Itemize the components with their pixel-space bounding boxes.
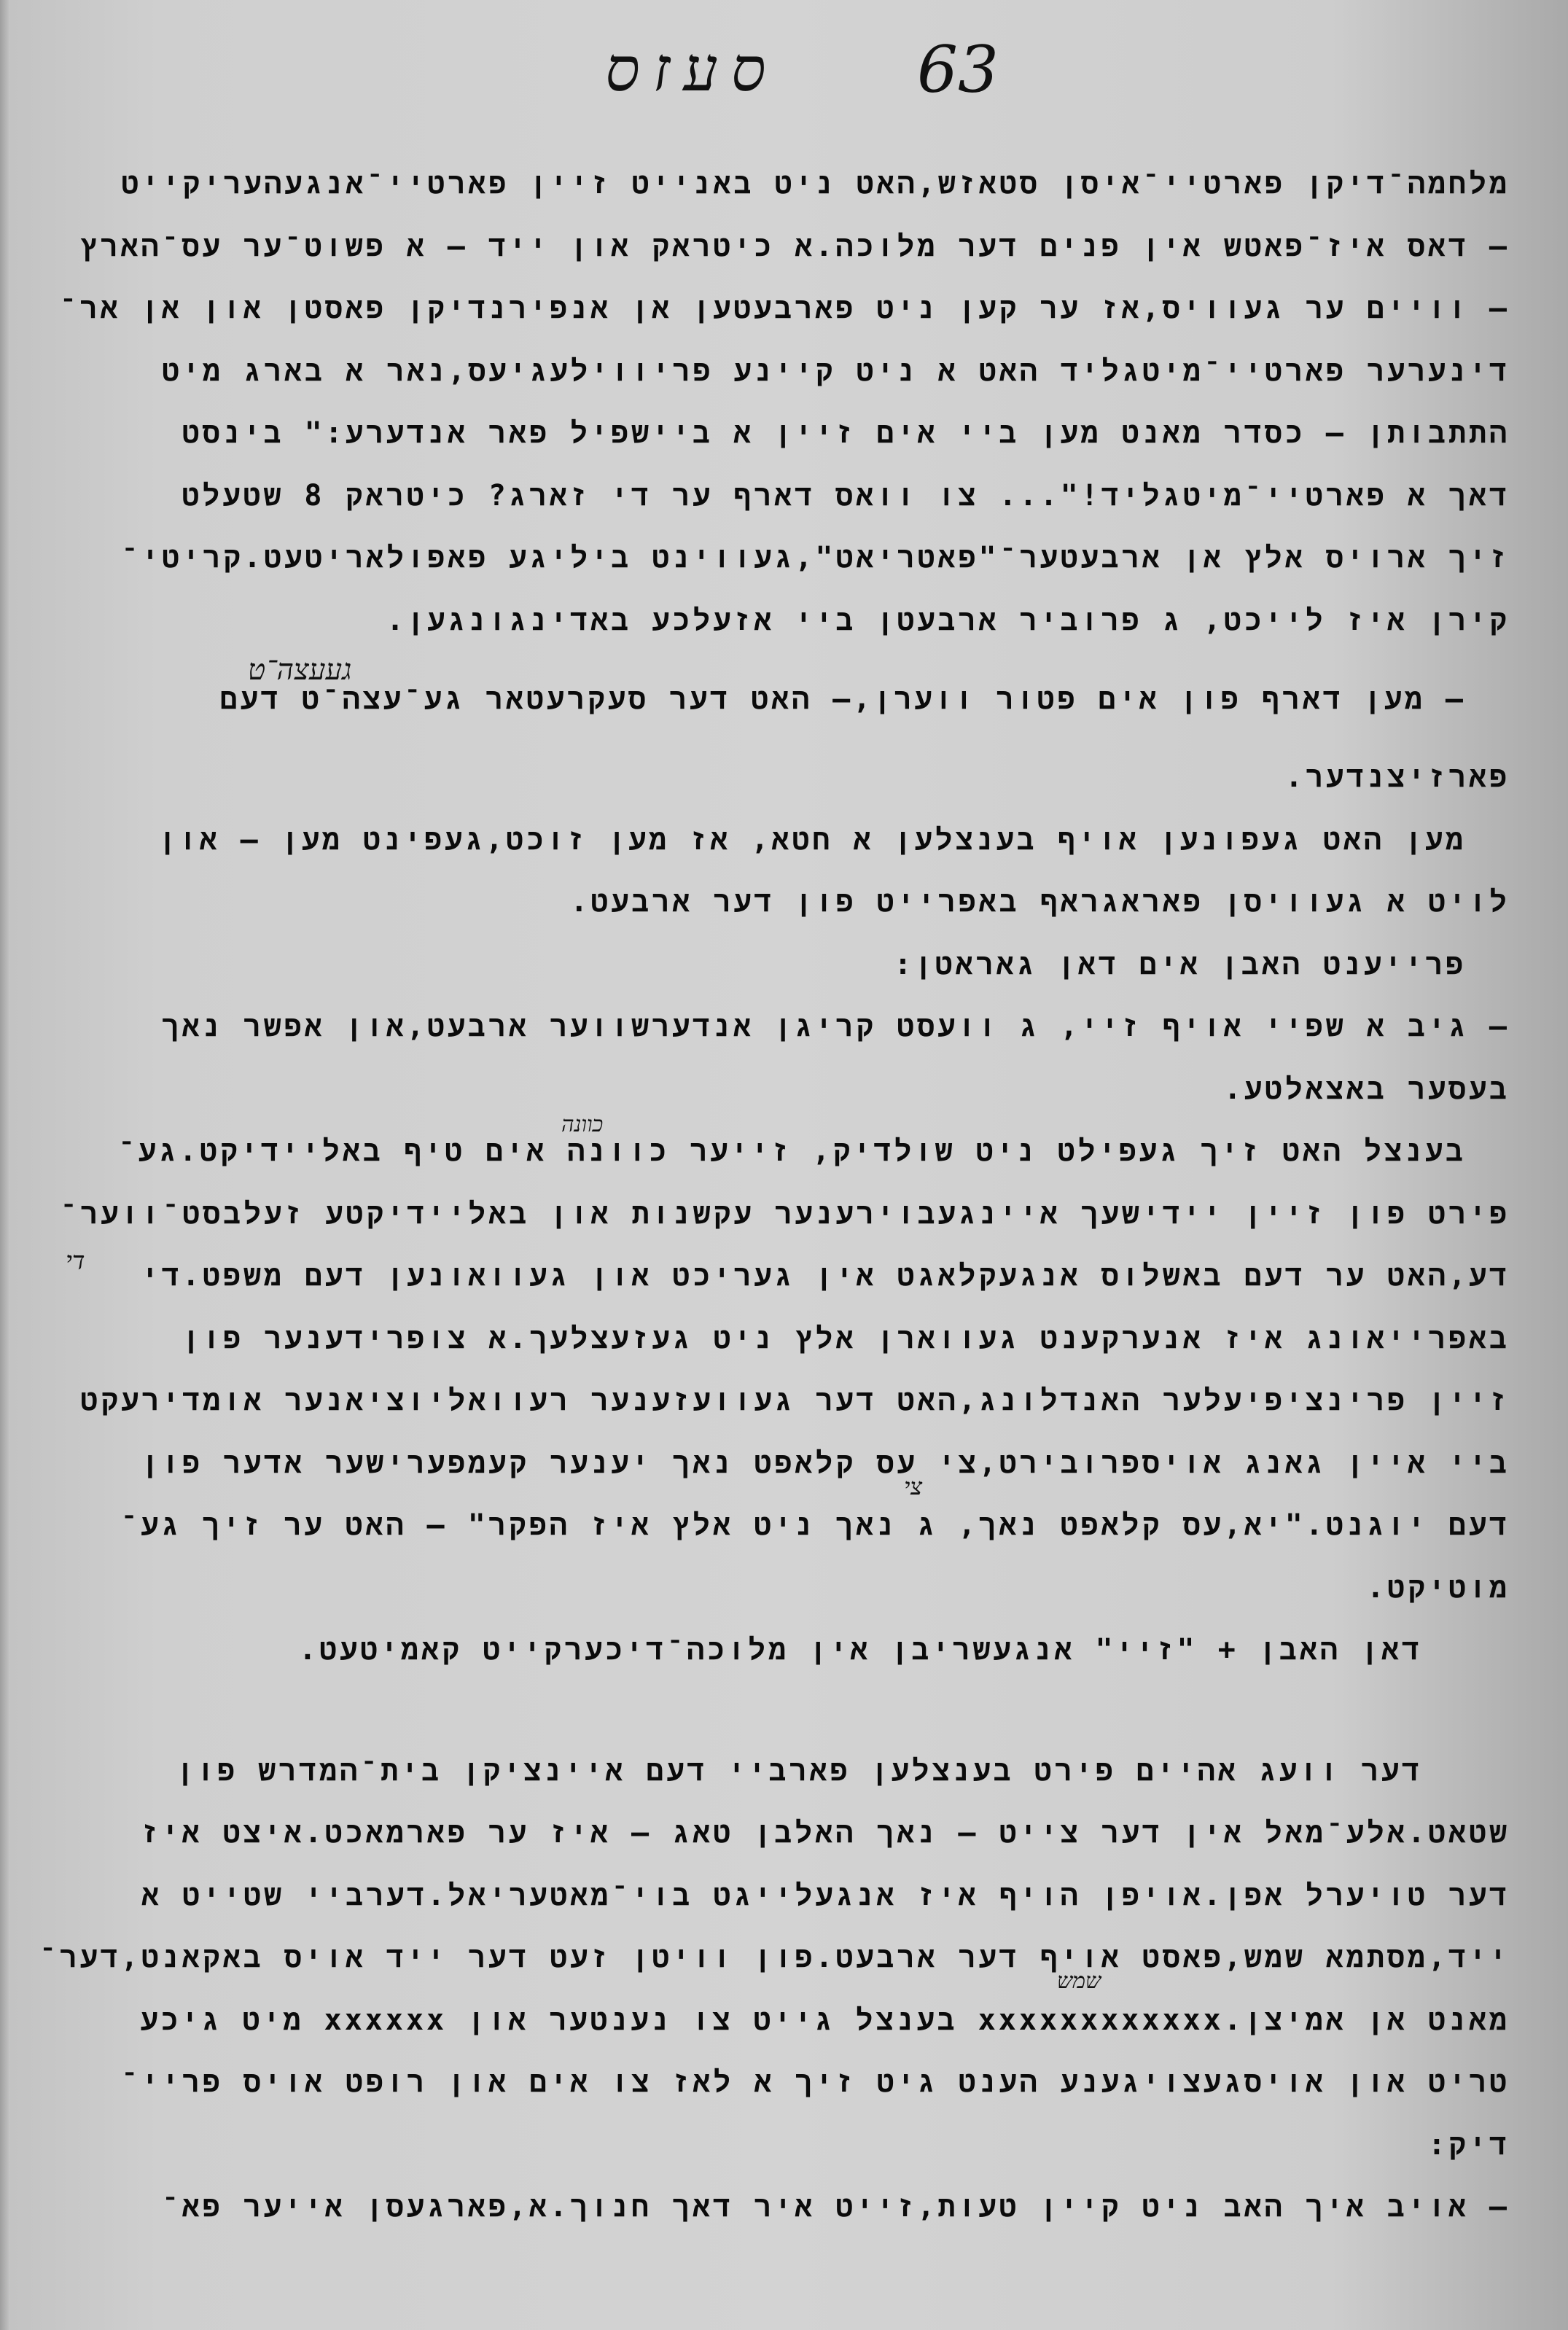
text-line: מוטיקט. xyxy=(29,1557,1510,1620)
text-line: דע,האט ער דעם באשלוס אנגעקלאגט אין געריכ… xyxy=(29,1245,1510,1308)
text-line: ביי איין גאנג אויספרובירט,צי עס קלאפט נא… xyxy=(29,1433,1510,1495)
text-line: טריט און אויסגעצויגענע הענט גיט זיך א לא… xyxy=(29,2052,1510,2114)
manuscript-page: סעזס 63 מלחמה־דיקן פארטיי־איסן סטאזש,האט… xyxy=(0,0,1568,2330)
text-line: – אויב איך האב ניט קיין טעות,זייט איר דא… xyxy=(29,2176,1510,2239)
text-line: ייד,מסתמא שמש,פאסט אויף דער ארבעט.פון וו… xyxy=(29,1927,1510,1990)
text-line: בענצל האט זיך געפילט ניט שולדיק, זייער כ… xyxy=(29,1121,1510,1183)
page-number: 63 xyxy=(917,32,999,107)
text-line: זיין פרינציפיעלער האנדלונג,האט דער געווע… xyxy=(29,1370,1510,1433)
text-line: קירן איז לייכט, ג פרוביר ארבעטן ביי אזעל… xyxy=(29,590,1510,652)
text-line: מען האט געפונען אויף בענצלען א חטא, אז מ… xyxy=(29,809,1510,872)
text-line: מאנט אן אמיצן.xxxxxxxxxxxx בענצל גייט צו… xyxy=(29,1990,1510,2052)
text-line: פארזיצנדער. xyxy=(29,747,1510,809)
text-line: זיך ארויס אלץ אן ארבעטער־"פאטריאט",געווי… xyxy=(29,527,1510,590)
text-line: מלחמה־דיקן פארטיי־איסן סטאזש,האט ניט באנ… xyxy=(29,153,1510,216)
text-line: – גיב א שפיי אויף זיי, ג וועסט קריגן אנד… xyxy=(29,996,1510,1059)
handwritten-annotation: די xyxy=(66,1247,85,1276)
text-line: בעסער באצאלטע. xyxy=(29,1059,1510,1121)
text-line: דינערער פארטיי־מיטגליד האט א ניט קיינע פ… xyxy=(29,340,1510,403)
handwritten-annotation: שמש xyxy=(1057,1968,1101,1994)
text-line: שטאט.אלע־מאל אין דער צייט – נאך האלבן טא… xyxy=(29,1802,1510,1865)
page-header: סעזס 63 xyxy=(605,22,1013,117)
text-line: התתבותן – כסדר מאנט מען ביי אים זיין א ב… xyxy=(29,402,1510,465)
text-line: דער וועג אהיים פירט בענצלען פארביי דעם א… xyxy=(29,1740,1510,1803)
text-line: – וויים ער געוויס,אז ער קען ניט פארבעטען… xyxy=(29,278,1510,340)
text-line: באפרייאונג איז אנערקענט געווארן אלץ ניט … xyxy=(29,1308,1510,1371)
text-line: דער טויערל אפן.אויפן הויף איז אנגעלייגט … xyxy=(29,1865,1510,1928)
handwritten-annotation: כוונה xyxy=(561,1112,603,1137)
text-line: דאן האבן + "זיי" אנגעשריבן אין מלוכה־דיכ… xyxy=(29,1619,1510,1682)
text-line: דאך א פארטיי־מיטגליד!"... צו וואס דארף ע… xyxy=(29,465,1510,528)
typewritten-body: מלחמה־דיקן פארטיי־איסן סטאזש,האט ניט באנ… xyxy=(29,153,1510,2239)
text-line: פירט פון זיין יידישעך איינגעבוירענער עקש… xyxy=(29,1183,1510,1246)
handwritten-code: סעזס xyxy=(605,34,779,106)
text-line: דעם יוגנט."יא,עס קלאפט נאך, ג נאך ניט אל… xyxy=(29,1495,1510,1557)
text-line: דיק: xyxy=(29,2114,1510,2177)
text-line: לויט א געוויסן פאראגראף באפרייט פון דער … xyxy=(29,871,1510,934)
handwritten-annotation: געעצה־ט xyxy=(248,652,351,687)
handwritten-annotation: צי xyxy=(904,1473,922,1500)
text-line: פרייענט האבן אים דאן גאראטן: xyxy=(29,934,1510,997)
text-line: – דאס איז־פאטש אין פנים דער מלוכה.א כיטר… xyxy=(29,216,1510,278)
